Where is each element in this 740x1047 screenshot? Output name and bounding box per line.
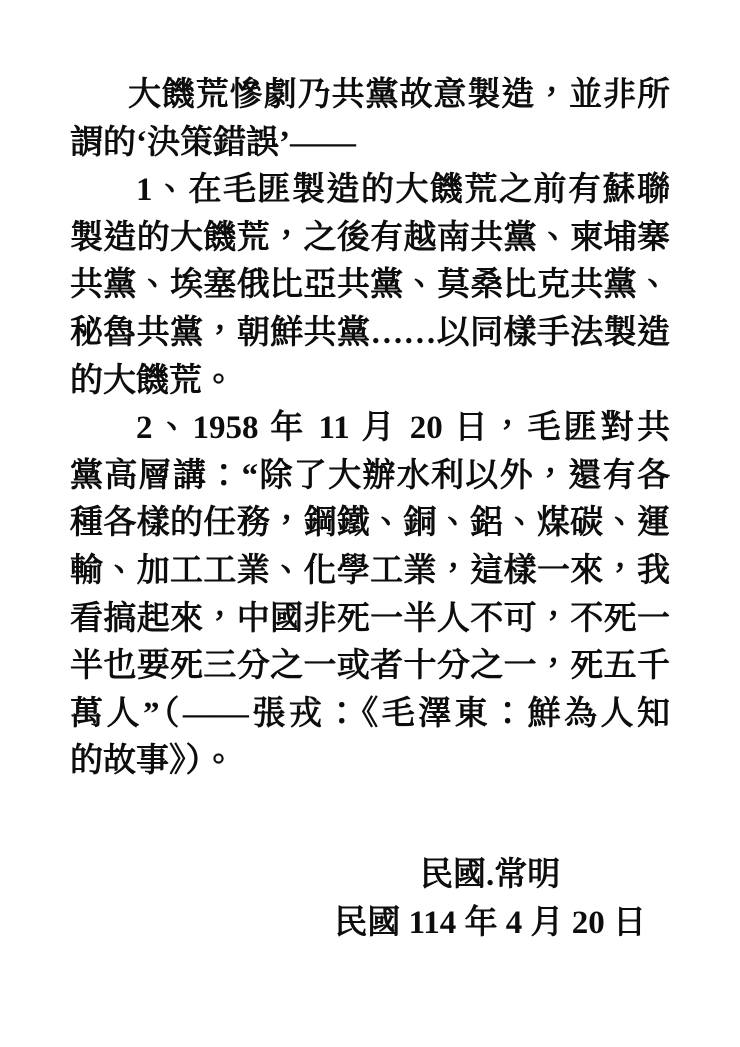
text-line: 半也要死三分之一或者十分之一，死五千 — [70, 643, 670, 691]
text-line: 秘魯共黨，朝鮮共黨……以同樣手法製造 — [70, 310, 670, 358]
text-line: 看搞起來，中國非死一半人不可，不死一 — [70, 596, 670, 644]
document-page: 大饑荒慘劇乃共黨故意製造，並非所 謂的‘決策錯誤’—— 1、在毛匪製造的大饑荒之… — [0, 0, 740, 1047]
text-line: 黨高層講：“除了大辦水利以外，還有各 — [70, 453, 670, 501]
text-line: 萬人”（——張戎：《毛澤東：鮮為人知 — [70, 691, 670, 739]
text-line: 的故事》）。 — [70, 738, 670, 786]
text-line: 1、在毛匪製造的大饑荒之前有蘇聯 — [70, 167, 670, 215]
text-line: 的大饑荒。 — [70, 358, 670, 406]
text-line: 種各樣的任務，鋼鐵、銅、鋁、煤碳、運 — [70, 500, 670, 548]
text-line: 輸、加工工業、化學工業，這樣一來，我 — [70, 548, 670, 596]
text-line: 共黨、埃塞俄比亞共黨、莫桑比克共黨、 — [70, 262, 670, 310]
signature-name: 民國.常明 — [334, 852, 646, 900]
text-line: 大饑荒慘劇乃共黨故意製造，並非所 — [70, 72, 670, 120]
text-line: 製造的大饑荒，之後有越南共黨、柬埔寨 — [70, 215, 670, 263]
text-line: 謂的‘決策錯誤’—— — [70, 120, 670, 168]
signature-date: 民國 114 年 4 月 20 日 — [334, 900, 646, 948]
document-body: 大饑荒慘劇乃共黨故意製造，並非所 謂的‘決策錯誤’—— 1、在毛匪製造的大饑荒之… — [70, 72, 670, 947]
signature-block: 民國.常明 民國 114 年 4 月 20 日 — [334, 852, 646, 947]
text-line: 2、1958 年 11 月 20 日，毛匪對共 — [70, 405, 670, 453]
